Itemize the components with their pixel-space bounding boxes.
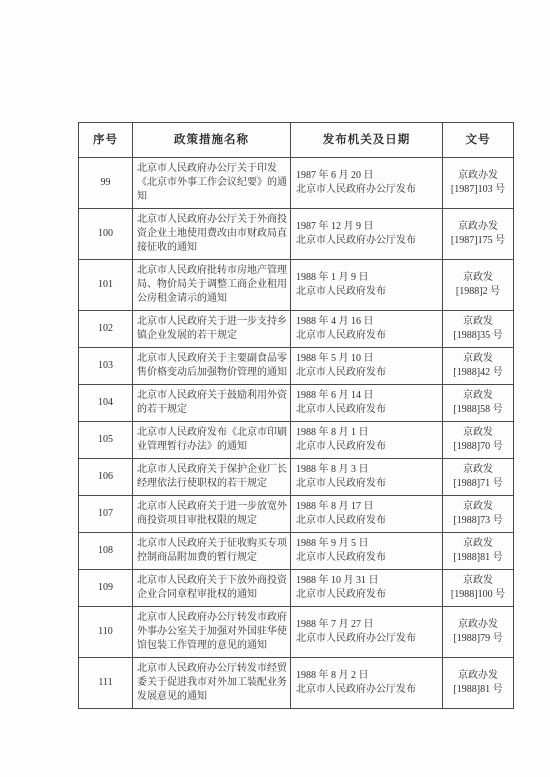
serial-number: 105 [79,422,133,459]
doc-number-id: [1988]79 号 [444,632,512,646]
doc-number: 京政办发 [1987]103 号 [443,158,514,209]
doc-number-id: [1988]81 号 [444,683,512,697]
publish-date: 1988 年 6 月 14 日 [296,389,440,403]
doc-number: 京政发 [1988]71 号 [443,459,514,496]
header-publisher-date: 发布机关及日期 [291,123,443,158]
policy-table-container: 序号 政策措施名称 发布机关及日期 文号 99 北京市人民政府办公厅关于印发《北… [78,122,514,709]
doc-number-org: 京政发 [444,315,512,329]
doc-number: 京政发 [1988]73 号 [443,496,514,533]
policy-title: 北京市人民政府关于下放外商投资企业合同章程审批权的通知 [133,570,291,607]
policy-title: 北京市人民政府关于进一步放宽外商投资项目审批权限的规定 [133,496,291,533]
table-row: 103 北京市人民政府关于主要副食品零售价格变动后加强物价管理的通知 1988 … [79,348,514,385]
doc-number: 京政办发 [1988]81 号 [443,658,514,709]
doc-number-id: [1988]100 号 [444,588,512,602]
doc-number-id: [1987]103 号 [444,183,512,197]
serial-number: 103 [79,348,133,385]
policy-title: 北京市人民政府关于鼓励利用外资的若干规定 [133,385,291,422]
publish-info: 1988 年 1 月 9 日 北京市人民政府发布 [291,260,443,311]
policy-title: 北京市人民政府办公厅关于外商投资企业土地使用费改由市财政局直接征收的通知 [133,209,291,260]
publish-date: 1988 年 8 月 1 日 [296,426,440,440]
publish-date: 1988 年 1 月 9 日 [296,271,440,285]
policy-title: 北京市人民政府关于保护企业厂长经理依法行使职权的若干规定 [133,459,291,496]
publish-info: 1987 年 12 月 9 日 北京市人民政府办公厅发布 [291,209,443,260]
doc-number-id: [1988]70 号 [444,440,512,454]
doc-number: 京政办发 [1988]79 号 [443,607,514,658]
doc-number: 京政发 [1988]35 号 [443,311,514,348]
table-row: 107 北京市人民政府关于进一步放宽外商投资项目审批权限的规定 1988 年 8… [79,496,514,533]
doc-number-org: 京政发 [444,271,512,285]
publisher-name: 北京市人民政府发布 [296,329,440,343]
doc-number-id: [1988]42 号 [444,366,512,380]
serial-number: 110 [79,607,133,658]
doc-number-org: 京政发 [444,537,512,551]
publish-date: 1988 年 8 月 17 日 [296,500,440,514]
publish-info: 1988 年 7 月 27 日 北京市人民政府办公厅发布 [291,607,443,658]
doc-number-org: 京政发 [444,389,512,403]
publisher-name: 北京市人民政府办公厅发布 [296,234,440,248]
doc-number-org: 京政发 [444,463,512,477]
publish-info: 1988 年 8 月 1 日 北京市人民政府发布 [291,422,443,459]
doc-number-id: [1988]35 号 [444,329,512,343]
publish-info: 1988 年 4 月 16 日 北京市人民政府发布 [291,311,443,348]
table-row: 104 北京市人民政府关于鼓励利用外资的若干规定 1988 年 6 月 14 日… [79,385,514,422]
table-row: 102 北京市人民政府关于进一步支持乡镇企业发展的若干规定 1988 年 4 月… [79,311,514,348]
doc-number: 京政发 [1988]100 号 [443,570,514,607]
header-policy-name: 政策措施名称 [133,123,291,158]
serial-number: 108 [79,533,133,570]
doc-number: 京政发 [1988]81 号 [443,533,514,570]
table-row: 111 北京市人民政府办公厅转发市经贸委关于促进我市对外加工装配业务发展意见的通… [79,658,514,709]
policy-measures-table: 序号 政策措施名称 发布机关及日期 文号 99 北京市人民政府办公厅关于印发《北… [78,122,514,709]
doc-number-id: [1988]71 号 [444,477,512,491]
publisher-name: 北京市人民政府办公厅发布 [296,683,440,697]
table-row: 105 北京市人民政府发布《北京市印刷业管理暂行办法》的通知 1988 年 8 … [79,422,514,459]
serial-number: 101 [79,260,133,311]
doc-number: 京政发 [1988]2 号 [443,260,514,311]
doc-number-org: 京政发 [444,352,512,366]
publisher-name: 北京市人民政府办公厅发布 [296,632,440,646]
policy-title: 北京市人民政府发布《北京市印刷业管理暂行办法》的通知 [133,422,291,459]
publish-date: 1988 年 8 月 2 日 [296,669,440,683]
publisher-name: 北京市人民政府发布 [296,477,440,491]
publish-info: 1987 年 6 月 20 日 北京市人民政府办公厅发布 [291,158,443,209]
doc-number-id: [1988]73 号 [444,514,512,528]
doc-number-org: 京政办发 [444,220,512,234]
document-page: 序号 政策措施名称 发布机关及日期 文号 99 北京市人民政府办公厅关于印发《北… [0,0,550,777]
policy-title: 北京市人民政府办公厅关于印发《北京市外事工作会议纪要》的通知 [133,158,291,209]
doc-number-org: 京政发 [444,426,512,440]
doc-number: 京政发 [1988]58 号 [443,385,514,422]
publish-date: 1988 年 10 月 31 日 [296,574,440,588]
publish-info: 1988 年 5 月 10 日 北京市人民政府发布 [291,348,443,385]
table-row: 109 北京市人民政府关于下放外商投资企业合同章程审批权的通知 1988 年 1… [79,570,514,607]
publisher-name: 北京市人民政府办公厅发布 [296,183,440,197]
table-row: 108 北京市人民政府关于征收购买专项控制商品附加费的暂行规定 1988 年 9… [79,533,514,570]
serial-number: 106 [79,459,133,496]
publisher-name: 北京市人民政府发布 [296,403,440,417]
publisher-name: 北京市人民政府发布 [296,588,440,602]
serial-number: 99 [79,158,133,209]
doc-number-org: 京政办发 [444,169,512,183]
doc-number: 京政发 [1988]42 号 [443,348,514,385]
publisher-name: 北京市人民政府发布 [296,366,440,380]
doc-number-org: 京政办发 [444,618,512,632]
publish-info: 1988 年 9 月 5 日 北京市人民政府发布 [291,533,443,570]
publish-date: 1988 年 7 月 27 日 [296,618,440,632]
policy-title: 北京市人民政府办公厅转发市经贸委关于促进我市对外加工装配业务发展意见的通知 [133,658,291,709]
publish-date: 1988 年 9 月 5 日 [296,537,440,551]
serial-number: 104 [79,385,133,422]
policy-title: 北京市人民政府关于进一步支持乡镇企业发展的若干规定 [133,311,291,348]
table-row: 106 北京市人民政府关于保护企业厂长经理依法行使职权的若干规定 1988 年 … [79,459,514,496]
table-row: 110 北京市人民政府办公厅转发市政府外事办公室关于加强对外国驻华使馆包装工作管… [79,607,514,658]
publish-info: 1988 年 8 月 2 日 北京市人民政府办公厅发布 [291,658,443,709]
table-row: 101 北京市人民政府批转市房地产管理局、物价局关于调整工商企业租用公房租金请示… [79,260,514,311]
publish-date: 1988 年 5 月 10 日 [296,352,440,366]
publish-date: 1987 年 6 月 20 日 [296,169,440,183]
doc-number-id: [1988]2 号 [444,285,512,299]
publish-info: 1988 年 8 月 3 日 北京市人民政府发布 [291,459,443,496]
doc-number-org: 京政办发 [444,669,512,683]
table-row: 99 北京市人民政府办公厅关于印发《北京市外事工作会议纪要》的通知 1987 年… [79,158,514,209]
serial-number: 107 [79,496,133,533]
doc-number-id: [1987]175 号 [444,234,512,248]
publish-info: 1988 年 10 月 31 日 北京市人民政府发布 [291,570,443,607]
doc-number-org: 京政发 [444,574,512,588]
header-doc-number: 文号 [443,123,514,158]
doc-number: 京政发 [1988]70 号 [443,422,514,459]
publisher-name: 北京市人民政府发布 [296,514,440,528]
policy-title: 北京市人民政府关于主要副食品零售价格变动后加强物价管理的通知 [133,348,291,385]
policy-title: 北京市人民政府办公厅转发市政府外事办公室关于加强对外国驻华使馆包装工作管理的意见… [133,607,291,658]
header-serial-number: 序号 [79,123,133,158]
header-row: 序号 政策措施名称 发布机关及日期 文号 [79,123,514,158]
table-row: 100 北京市人民政府办公厅关于外商投资企业土地使用费改由市财政局直接征收的通知… [79,209,514,260]
publisher-name: 北京市人民政府发布 [296,440,440,454]
publish-info: 1988 年 8 月 17 日 北京市人民政府发布 [291,496,443,533]
serial-number: 100 [79,209,133,260]
serial-number: 111 [79,658,133,709]
policy-title: 北京市人民政府关于征收购买专项控制商品附加费的暂行规定 [133,533,291,570]
doc-number-org: 京政发 [444,500,512,514]
publish-date: 1988 年 8 月 3 日 [296,463,440,477]
serial-number: 102 [79,311,133,348]
publish-date: 1988 年 4 月 16 日 [296,315,440,329]
policy-title: 北京市人民政府批转市房地产管理局、物价局关于调整工商企业租用公房租金请示的通知 [133,260,291,311]
doc-number-id: [1988]58 号 [444,403,512,417]
doc-number-id: [1988]81 号 [444,551,512,565]
serial-number: 109 [79,570,133,607]
publish-info: 1988 年 6 月 14 日 北京市人民政府发布 [291,385,443,422]
publish-date: 1987 年 12 月 9 日 [296,220,440,234]
publisher-name: 北京市人民政府发布 [296,551,440,565]
publisher-name: 北京市人民政府发布 [296,285,440,299]
doc-number: 京政办发 [1987]175 号 [443,209,514,260]
